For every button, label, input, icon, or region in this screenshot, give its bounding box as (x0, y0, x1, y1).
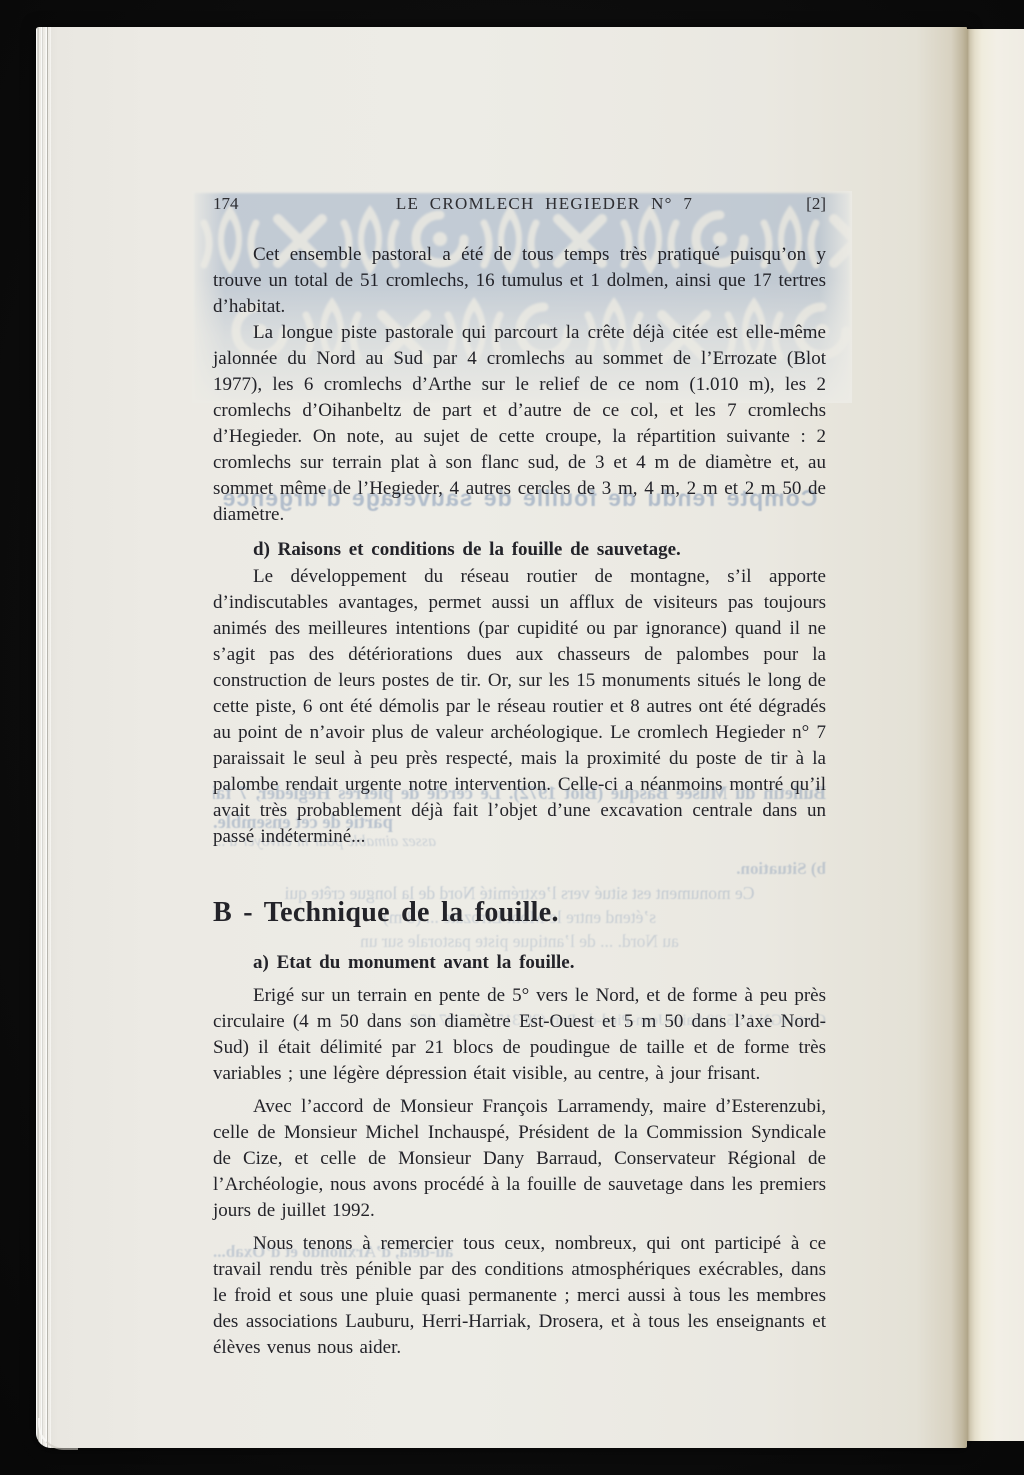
running-title: LE CROMLECH HEGIEDER N° 7 (303, 194, 786, 214)
section-heading-d: d) Raisons et conditions de la fouille d… (213, 537, 826, 563)
book-page-right (967, 29, 1024, 1441)
page-edge-stack (36, 27, 51, 1448)
page-body: Cet ensemble pastoral a été de tous temp… (213, 242, 826, 1361)
subsection-heading-a: a) Etat du monument avant la fouille. (213, 950, 826, 976)
page-running-header: 174 LE CROMLECH HEGIEDER N° 7 [2] (213, 194, 826, 214)
paragraph: La longue piste pastorale qui parcourt l… (213, 320, 826, 528)
section-heading-b: B - Technique de la fouille. (213, 896, 826, 930)
paragraph: Erigé sur un terrain en pente de 5° vers… (213, 983, 826, 1087)
paragraph: Le développement du réseau routier de mo… (213, 564, 826, 850)
book-page-left: Compte rendu de fouille de sauvetage d’u… (36, 27, 967, 1448)
book-photo: Compte rendu de fouille de sauvetage d’u… (0, 0, 1024, 1475)
paragraph: Cet ensemble pastoral a été de tous temp… (213, 242, 826, 320)
section-b-content: a) Etat du monument avant la fouille. Er… (213, 950, 826, 1361)
paragraph: Avec l’accord de Monsieur François Larra… (213, 1094, 826, 1224)
page-reference: [2] (786, 194, 826, 214)
page-number: 174 (213, 194, 303, 214)
paragraph: Nous tenons à remercier tous ceux, nombr… (213, 1231, 826, 1361)
